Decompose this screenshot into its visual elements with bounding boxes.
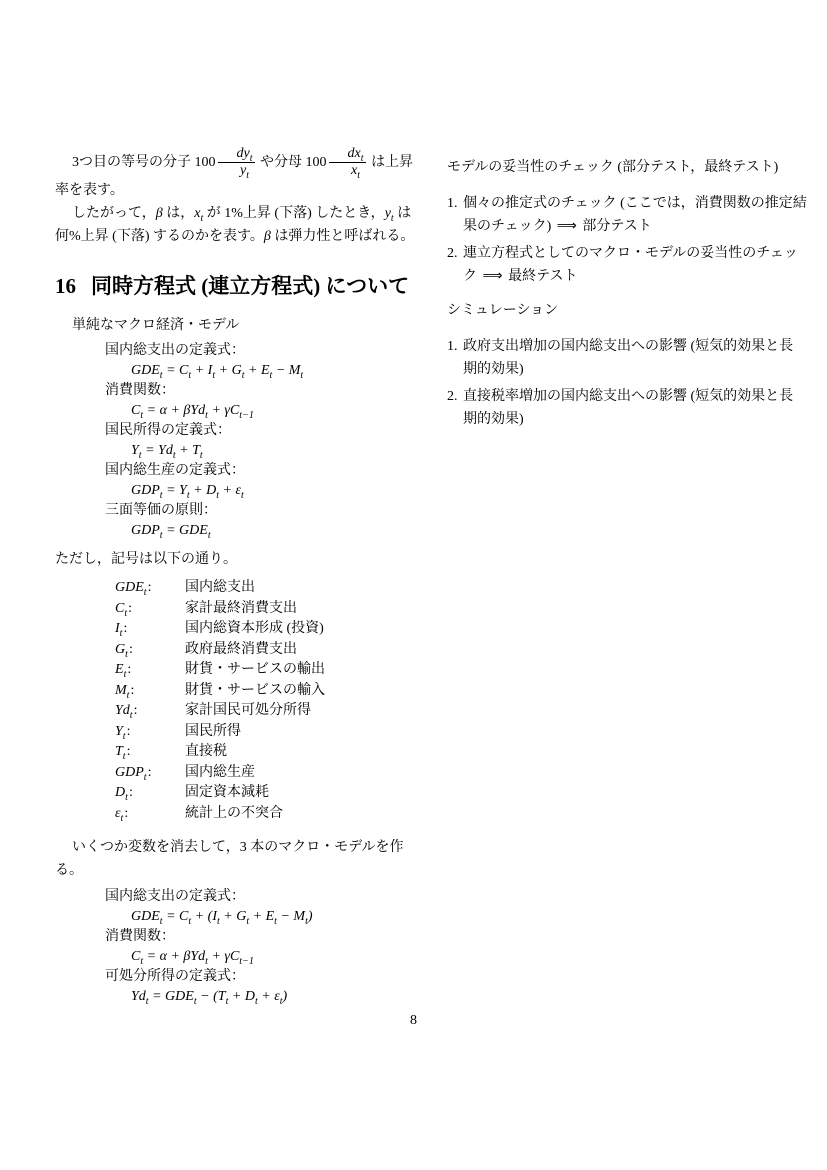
symbol: Tt: xyxy=(115,742,185,763)
left-column: 3つ目の等号の分子 100dytyt や分母 100dxtxt は上昇率を表す。… xyxy=(55,146,422,1009)
colon: : xyxy=(122,621,127,636)
symbol-row: GDPt:国内総生産 xyxy=(115,763,422,784)
colon: : xyxy=(128,642,133,657)
symbol: εt: xyxy=(115,804,185,825)
colon: : xyxy=(147,580,152,595)
equation-label: 国内総支出の定義式： xyxy=(55,341,422,361)
list-text: 直接税率増加の国内総支出への影響 (短気的効果と長期的効果) xyxy=(463,385,807,431)
symbol: Mt: xyxy=(115,681,185,702)
equation-block-1: 国内総支出の定義式：GDEt = Ct + It + Gt + Et − Mt消… xyxy=(55,341,422,541)
fraction-denominator: xt xyxy=(329,163,366,179)
text-run: や分母 xyxy=(257,155,306,170)
symbol-row: It:国内総資本形成 (投資) xyxy=(115,619,422,640)
symbol-description: 国内総支出 xyxy=(185,580,255,595)
math-inline: β xyxy=(156,206,163,221)
symbol: It: xyxy=(115,619,185,640)
colon: : xyxy=(129,683,134,698)
symbol: Yt: xyxy=(115,722,185,743)
list-text: 政府支出増加の国内総支出への影響 (短気的効果と長期的効果) xyxy=(463,335,807,381)
list-number: 1. xyxy=(447,192,463,238)
equation: GDPt = GDEt xyxy=(55,521,422,541)
list-item: 1.政府支出増加の国内総支出への影響 (短気的効果と長期的効果) xyxy=(447,335,807,381)
fraction-dy-over-y: dytyt xyxy=(216,146,257,179)
colon: : xyxy=(133,703,138,718)
list-number: 2. xyxy=(447,385,463,431)
symbol-description: 財貨・サービスの輸出 xyxy=(185,662,325,677)
page-number: 8 xyxy=(0,1009,827,1032)
colon: : xyxy=(126,724,131,739)
equation-label: 消費関数： xyxy=(55,927,422,947)
symbol-description: 統計上の不突合 xyxy=(185,806,283,821)
section-title: 同時方程式 (連立方程式) について xyxy=(91,274,409,298)
colon: : xyxy=(147,765,152,780)
symbol-description: 国内総生産 xyxy=(185,765,255,780)
symbol-description: 政府最終消費支出 xyxy=(185,642,297,657)
symbol-row: Ydt:家計国民可処分所得 xyxy=(115,701,422,722)
section-number: 16 xyxy=(55,274,76,298)
list-text: 連立方程式としてのマクロ・モデルの妥当性のチェック ⟹ 最終テスト xyxy=(463,242,807,288)
symbol-row: GDEt:国内総支出 xyxy=(115,578,422,599)
fraction-dx-over-x: dxtxt xyxy=(327,146,368,179)
symbol-description: 財貨・サービスの輸入 xyxy=(185,683,325,698)
symbol-description: 家計最終消費支出 xyxy=(185,601,297,616)
symbol-description: 国内総資本形成 (投資) xyxy=(185,621,324,636)
heading-simulation: シミュレーション xyxy=(447,299,807,322)
symbol-description: 直接税 xyxy=(185,744,227,759)
paragraph-growth-rate: 3つ目の等号の分子 100dytyt や分母 100dxtxt は上昇率を表す。 xyxy=(55,146,422,202)
symbol-row: Et:財貨・サービスの輸出 xyxy=(115,660,422,681)
equation-label: 国内総生産の定義式： xyxy=(55,461,422,481)
equation: GDEt = Ct + (It + Gt + Et − Mt) xyxy=(55,907,422,927)
list-text: 個々の推定式のチェック (ここでは，消費関数の推定結果のチェック) ⟹ 部分テス… xyxy=(463,192,807,238)
colon: : xyxy=(127,601,132,616)
equation: Yt = Ydt + Tt xyxy=(55,441,422,461)
symbol-row: Yt:国民所得 xyxy=(115,722,422,743)
colon: : xyxy=(123,806,128,821)
symbol-table: GDEt:国内総支出Ct:家計最終消費支出It:国内総資本形成 (投資)Gt:政… xyxy=(55,578,422,824)
heading-model-validity: モデルの妥当性のチェック (部分テスト，最終テスト) xyxy=(447,156,807,179)
colon: : xyxy=(126,744,131,759)
equation-label: 国民所得の定義式： xyxy=(55,421,422,441)
symbol-description: 固定資本減耗 xyxy=(185,785,269,800)
symbol: GDPt: xyxy=(115,763,185,784)
paragraph-macro-model-intro: 単純なマクロ経済・モデル xyxy=(55,314,422,337)
symbol-description: 家計国民可処分所得 xyxy=(185,703,311,718)
equation: Ydt = GDEt − (Tt + Dt + εt) xyxy=(55,987,422,1007)
equation-label: 国内総支出の定義式： xyxy=(55,887,422,907)
fraction-denominator: yt xyxy=(218,163,255,179)
check-list: 1.個々の推定式のチェック (ここでは，消費関数の推定結果のチェック) ⟹ 部分… xyxy=(447,192,807,288)
equation: Ct = α + βYdt + γCt−1 xyxy=(55,401,422,421)
list-item: 2.連立方程式としてのマクロ・モデルの妥当性のチェック ⟹ 最終テスト xyxy=(447,242,807,288)
math-inline: yt xyxy=(385,206,394,221)
implies-arrow-icon: ⟹ xyxy=(555,218,579,234)
symbol: Dt: xyxy=(115,783,185,804)
equation-label: 三面等価の原則： xyxy=(55,501,422,521)
list-number: 2. xyxy=(447,242,463,288)
list-item: 2.直接税率増加の国内総支出への影響 (短気的効果と長期的効果) xyxy=(447,385,807,431)
fraction-numerator: dyt xyxy=(218,146,255,163)
document-page: 3つ目の等号の分子 100dytyt や分母 100dxtxt は上昇率を表す。… xyxy=(0,0,827,1170)
colon: : xyxy=(128,785,133,800)
math-inline: xt xyxy=(194,206,203,221)
symbol-row: Mt:財貨・サービスの輸入 xyxy=(115,681,422,702)
colon: : xyxy=(126,662,131,677)
symbol: Gt: xyxy=(115,640,185,661)
coefficient: 100 xyxy=(306,155,327,170)
symbol: Ydt: xyxy=(115,701,185,722)
implies-arrow-icon: ⟹ xyxy=(481,268,505,284)
equation: Ct = α + βYdt + γCt−1 xyxy=(55,947,422,967)
symbol: Et: xyxy=(115,660,185,681)
symbol-row: εt:統計上の不突合 xyxy=(115,804,422,825)
paragraph-note: ただし，記号は以下の通り。 xyxy=(55,548,422,571)
coefficient: 100 xyxy=(195,155,216,170)
right-column: モデルの妥当性のチェック (部分テスト，最終テスト) 1.個々の推定式のチェック… xyxy=(447,156,807,435)
equation-label: 消費関数： xyxy=(55,381,422,401)
equation-label: 可処分所得の定義式： xyxy=(55,967,422,987)
simulation-list: 1.政府支出増加の国内総支出への影響 (短気的効果と長期的効果)2.直接税率増加… xyxy=(447,335,807,431)
section-heading: 16同時方程式 (連立方程式) について xyxy=(55,273,422,299)
list-item: 1.個々の推定式のチェック (ここでは，消費関数の推定結果のチェック) ⟹ 部分… xyxy=(447,192,807,238)
symbol: Ct: xyxy=(115,599,185,620)
equation-block-2: 国内総支出の定義式：GDEt = Ct + (It + Gt + Et − Mt… xyxy=(55,887,422,1007)
paragraph-elasticity: したがって，β は，xt が 1%上昇 (下落) したとき，yt は何%上昇 (… xyxy=(55,202,422,248)
symbol-row: Gt:政府最終消費支出 xyxy=(115,640,422,661)
list-number: 1. xyxy=(447,335,463,381)
symbol-description: 国民所得 xyxy=(185,724,241,739)
equation: GDPt = Yt + Dt + εt xyxy=(55,481,422,501)
symbol: GDEt: xyxy=(115,578,185,599)
symbol-row: Tt:直接税 xyxy=(115,742,422,763)
text-run: 3つ目の等号の分子 xyxy=(72,155,195,170)
paragraph-eliminate-variables: いくつか変数を消去して，3 本のマクロ・モデルを作る。 xyxy=(55,836,422,882)
symbol-row: Ct:家計最終消費支出 xyxy=(115,599,422,620)
symbol-row: Dt:固定資本減耗 xyxy=(115,783,422,804)
fraction-numerator: dxt xyxy=(329,146,366,163)
equation: GDEt = Ct + It + Gt + Et − Mt xyxy=(55,361,422,381)
math-inline: β xyxy=(264,229,271,244)
